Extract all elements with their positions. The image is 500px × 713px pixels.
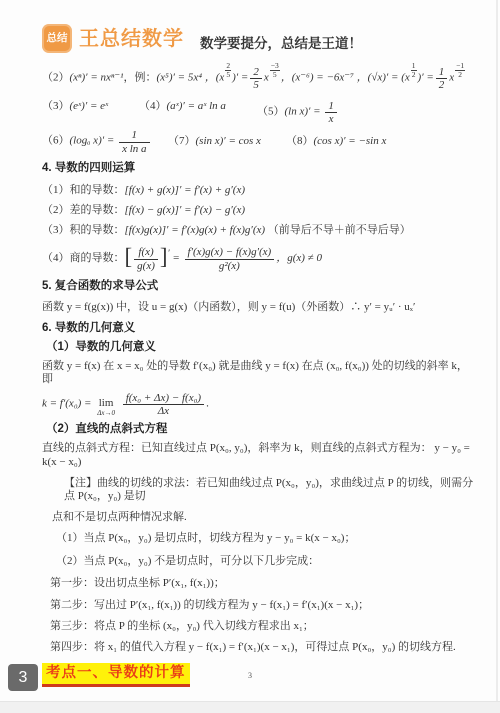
num: 1	[325, 100, 337, 113]
fraction: 25	[250, 66, 262, 92]
item-label: （5）	[257, 105, 285, 117]
step-1: 第一步：设出切点坐标 P′(x₁, f(x₁))；	[42, 577, 476, 590]
formula-text: (x⁵)′ = 5x⁴ ，(x	[156, 72, 224, 84]
item-label: （8）	[286, 135, 314, 147]
formula-text: x	[449, 72, 454, 84]
den: Δx	[123, 405, 204, 417]
lim-text: lim	[97, 398, 115, 409]
den: 2	[436, 79, 448, 91]
section-5-body: 函数 y = f(g(x)) 中，设 u = g(x)（内函数），则 y = f…	[42, 301, 476, 314]
formula-text: )′ =	[232, 72, 248, 84]
formula-text: (logₐ x)′ =	[70, 135, 115, 147]
formula-text: (eˣ)′ = eˣ	[70, 100, 109, 112]
formula-text: [f(x) + g(x)]′ = f′(x) + g′(x)	[125, 184, 246, 196]
step-2: 第二步：写出过 P′(x₁, f(x₁)) 的切线方程为 y − f(x₁) =…	[42, 599, 476, 612]
formula-row-3-4-5: （3）(eˣ)′ = eˣ （4）(aˣ)′ = aˣ ln a （5）(ln …	[42, 100, 476, 126]
fraction: f(x)g(x)	[134, 246, 158, 272]
formula-power-rule: （2）(xⁿ)′ = nxⁿ⁻¹，例：(x⁵)′ = 5x⁴ ，(x25)′ =…	[42, 62, 476, 92]
left-bracket: [	[125, 244, 133, 269]
case-1: （1）当点 P(x₀，y₀) 是切点时，切线方程为 y − y₀ = k(x −…	[42, 532, 476, 545]
formula-text: (ln x)′ =	[285, 105, 321, 117]
exponent-fraction: −12	[455, 62, 465, 79]
formula-text: (cos x)′ = −sin x	[314, 135, 387, 147]
num: f(x)	[134, 246, 158, 259]
formula-text: x	[264, 72, 269, 84]
fraction: f(x₀ + Δx) − f(x₀)Δx	[123, 392, 204, 418]
item-label: （7）	[168, 135, 196, 147]
num: 1	[436, 66, 448, 79]
exponent-fraction: −35	[270, 62, 280, 79]
right-bracket: ]	[160, 244, 168, 269]
formula-log: （6）(logₐ x)′ = 1x ln a	[42, 129, 168, 155]
formula-text: (sin x)′ = cos x	[196, 135, 261, 147]
page-number: 3	[0, 671, 500, 681]
formula-text: (xⁿ)′ = nxⁿ⁻¹	[70, 72, 124, 84]
den: g(x)	[134, 260, 158, 272]
brand-logo-row: 总结 王总结数学	[42, 24, 184, 53]
subsection-6-2-heading: （2）直线的点斜式方程	[42, 423, 476, 437]
rule-sum: （1）和的导数：[f(x) + g(x)]′ = f′(x) + g′(x)	[42, 184, 476, 197]
note-line-2: 点和不是切点两种情况求解.	[42, 511, 476, 524]
fraction: 1x	[325, 100, 337, 126]
equals-sign: =	[172, 252, 179, 264]
fraction: f′(x)g(x) − f(x)g′(x)g²(x)	[185, 246, 275, 272]
limit-formula: k = f′(x₀) = limΔx→0 f(x₀ + Δx) − f(x₀)Δ…	[42, 392, 476, 418]
item-label: （2）	[42, 72, 70, 84]
rule-label: （4）商的导数：	[42, 252, 125, 264]
rule-label: （1）和的导数：	[42, 184, 125, 196]
page-edge	[496, 0, 498, 713]
header: 总结 王总结数学 数学要提分，总结是王道！	[42, 24, 476, 53]
example-label: ，例：	[123, 72, 156, 84]
note-line-1: 【注】曲线的切线的求法：若已知曲线过点 P(x₀，y₀)，求曲线过点 P 的切线…	[42, 477, 476, 503]
rule-difference: （2）差的导数：[f(x) − g(x)]′ = f′(x) − g′(x)	[42, 204, 476, 217]
limit-operator: limΔx→0	[97, 398, 115, 417]
formula-text: ，(x⁻⁶) = −6x⁻⁷ ，(√x)′ = (x	[281, 72, 410, 84]
brand-logo-icon: 总结	[42, 24, 72, 53]
rule-product: （3）积的导数：[f(x)g(x)]′ = f′(x)g(x) + f(x)g′…	[42, 224, 476, 237]
geometric-meaning-body: 函数 y = f(x) 在 x = x₀ 处的导数 f′(x₀) 就是曲线 y …	[42, 360, 476, 386]
period: .	[206, 398, 209, 410]
subsection-6-1-heading: （1）导数的几何意义	[42, 341, 476, 355]
rule-label: （2）差的导数：	[42, 204, 125, 216]
den: x	[325, 113, 337, 125]
den: 5	[270, 71, 280, 79]
formula-exp: （3）(eˣ)′ = eˣ	[42, 100, 139, 113]
item-label: （4）	[139, 100, 167, 112]
item-label: （6）	[42, 135, 70, 147]
den: 5	[225, 71, 231, 79]
formula-text: k = f′(x₀) =	[42, 398, 91, 410]
formula-exp-a: （4）(aˣ)′ = aˣ ln a	[139, 100, 257, 113]
item-label: （3）	[42, 100, 70, 112]
exponent-fraction: 25	[225, 62, 231, 79]
point-slope-body: 直线的点斜式方程：已知直线过点 P(x₀, y₀)，斜率为 k，则直线的点斜式方…	[42, 442, 476, 468]
formula-text: ，g(x) ≠ 0	[276, 252, 322, 264]
formula-cos: （8）(cos x)′ = −sin x	[286, 129, 386, 148]
num: 2	[250, 66, 262, 79]
step-3: 第三步：将点 P 的坐标 (x₀，y₀) 代入切线方程求出 x₁；	[42, 620, 476, 633]
formula-sin: （7）(sin x)′ = cos x	[168, 129, 286, 148]
den: 5	[250, 79, 262, 91]
brand-name: 王总结数学	[79, 27, 184, 51]
fraction: 12	[436, 66, 448, 92]
formula-ln: （5）(ln x)′ = 1x	[257, 100, 339, 126]
formula-text: )′ =	[418, 72, 434, 84]
case-2: （2）当点 P(x₀，y₀) 不是切点时，可分以下几步完成：	[42, 555, 476, 568]
section-6-heading: 6. 导数的几何意义	[42, 322, 476, 336]
fraction: 1x ln a	[119, 129, 149, 155]
num: 1	[119, 129, 149, 142]
prime-mark: ′	[168, 248, 170, 258]
rule-label: （3）积的导数：	[42, 224, 125, 236]
den: 2	[411, 71, 417, 79]
den: x ln a	[119, 143, 149, 155]
bottom-strip	[0, 701, 500, 713]
num: f′(x)g(x) − f(x)g′(x)	[185, 246, 275, 259]
document-page: 总结 王总结数学 数学要提分，总结是王道！ （2）(xⁿ)′ = nxⁿ⁻¹，例…	[0, 0, 500, 687]
den: g²(x)	[185, 260, 275, 272]
step-4: 第四步：将 x₁ 的值代入方程 y − f(x₁) = f′(x₁)(x − x…	[42, 641, 476, 654]
formula-text: [f(x) − g(x)]′ = f′(x) − g′(x)	[125, 204, 246, 216]
formula-row-6-7-8: （6）(logₐ x)′ = 1x ln a （7）(sin x)′ = cos…	[42, 129, 476, 155]
lim-subscript: Δx→0	[97, 410, 115, 417]
exponent-fraction: 12	[411, 62, 417, 79]
rule-note: （前导后不导＋前不导后导）	[268, 224, 411, 236]
section-4-heading: 4. 导数的四则运算	[42, 162, 476, 176]
section-5-heading: 5. 复合函数的求导公式	[42, 280, 476, 294]
page-title: 数学要提分，总结是王道！	[200, 36, 362, 53]
rule-quotient: （4）商的导数：[f(x)g(x)]′ = f′(x)g(x) − f(x)g′…	[42, 243, 476, 272]
formula-text: (aˣ)′ = aˣ ln a	[167, 100, 226, 112]
den: 2	[455, 71, 465, 79]
formula-text: [f(x)g(x)]′ = f′(x)g(x) + f(x)g′(x)	[125, 224, 266, 236]
num: f(x₀ + Δx) − f(x₀)	[123, 392, 204, 405]
